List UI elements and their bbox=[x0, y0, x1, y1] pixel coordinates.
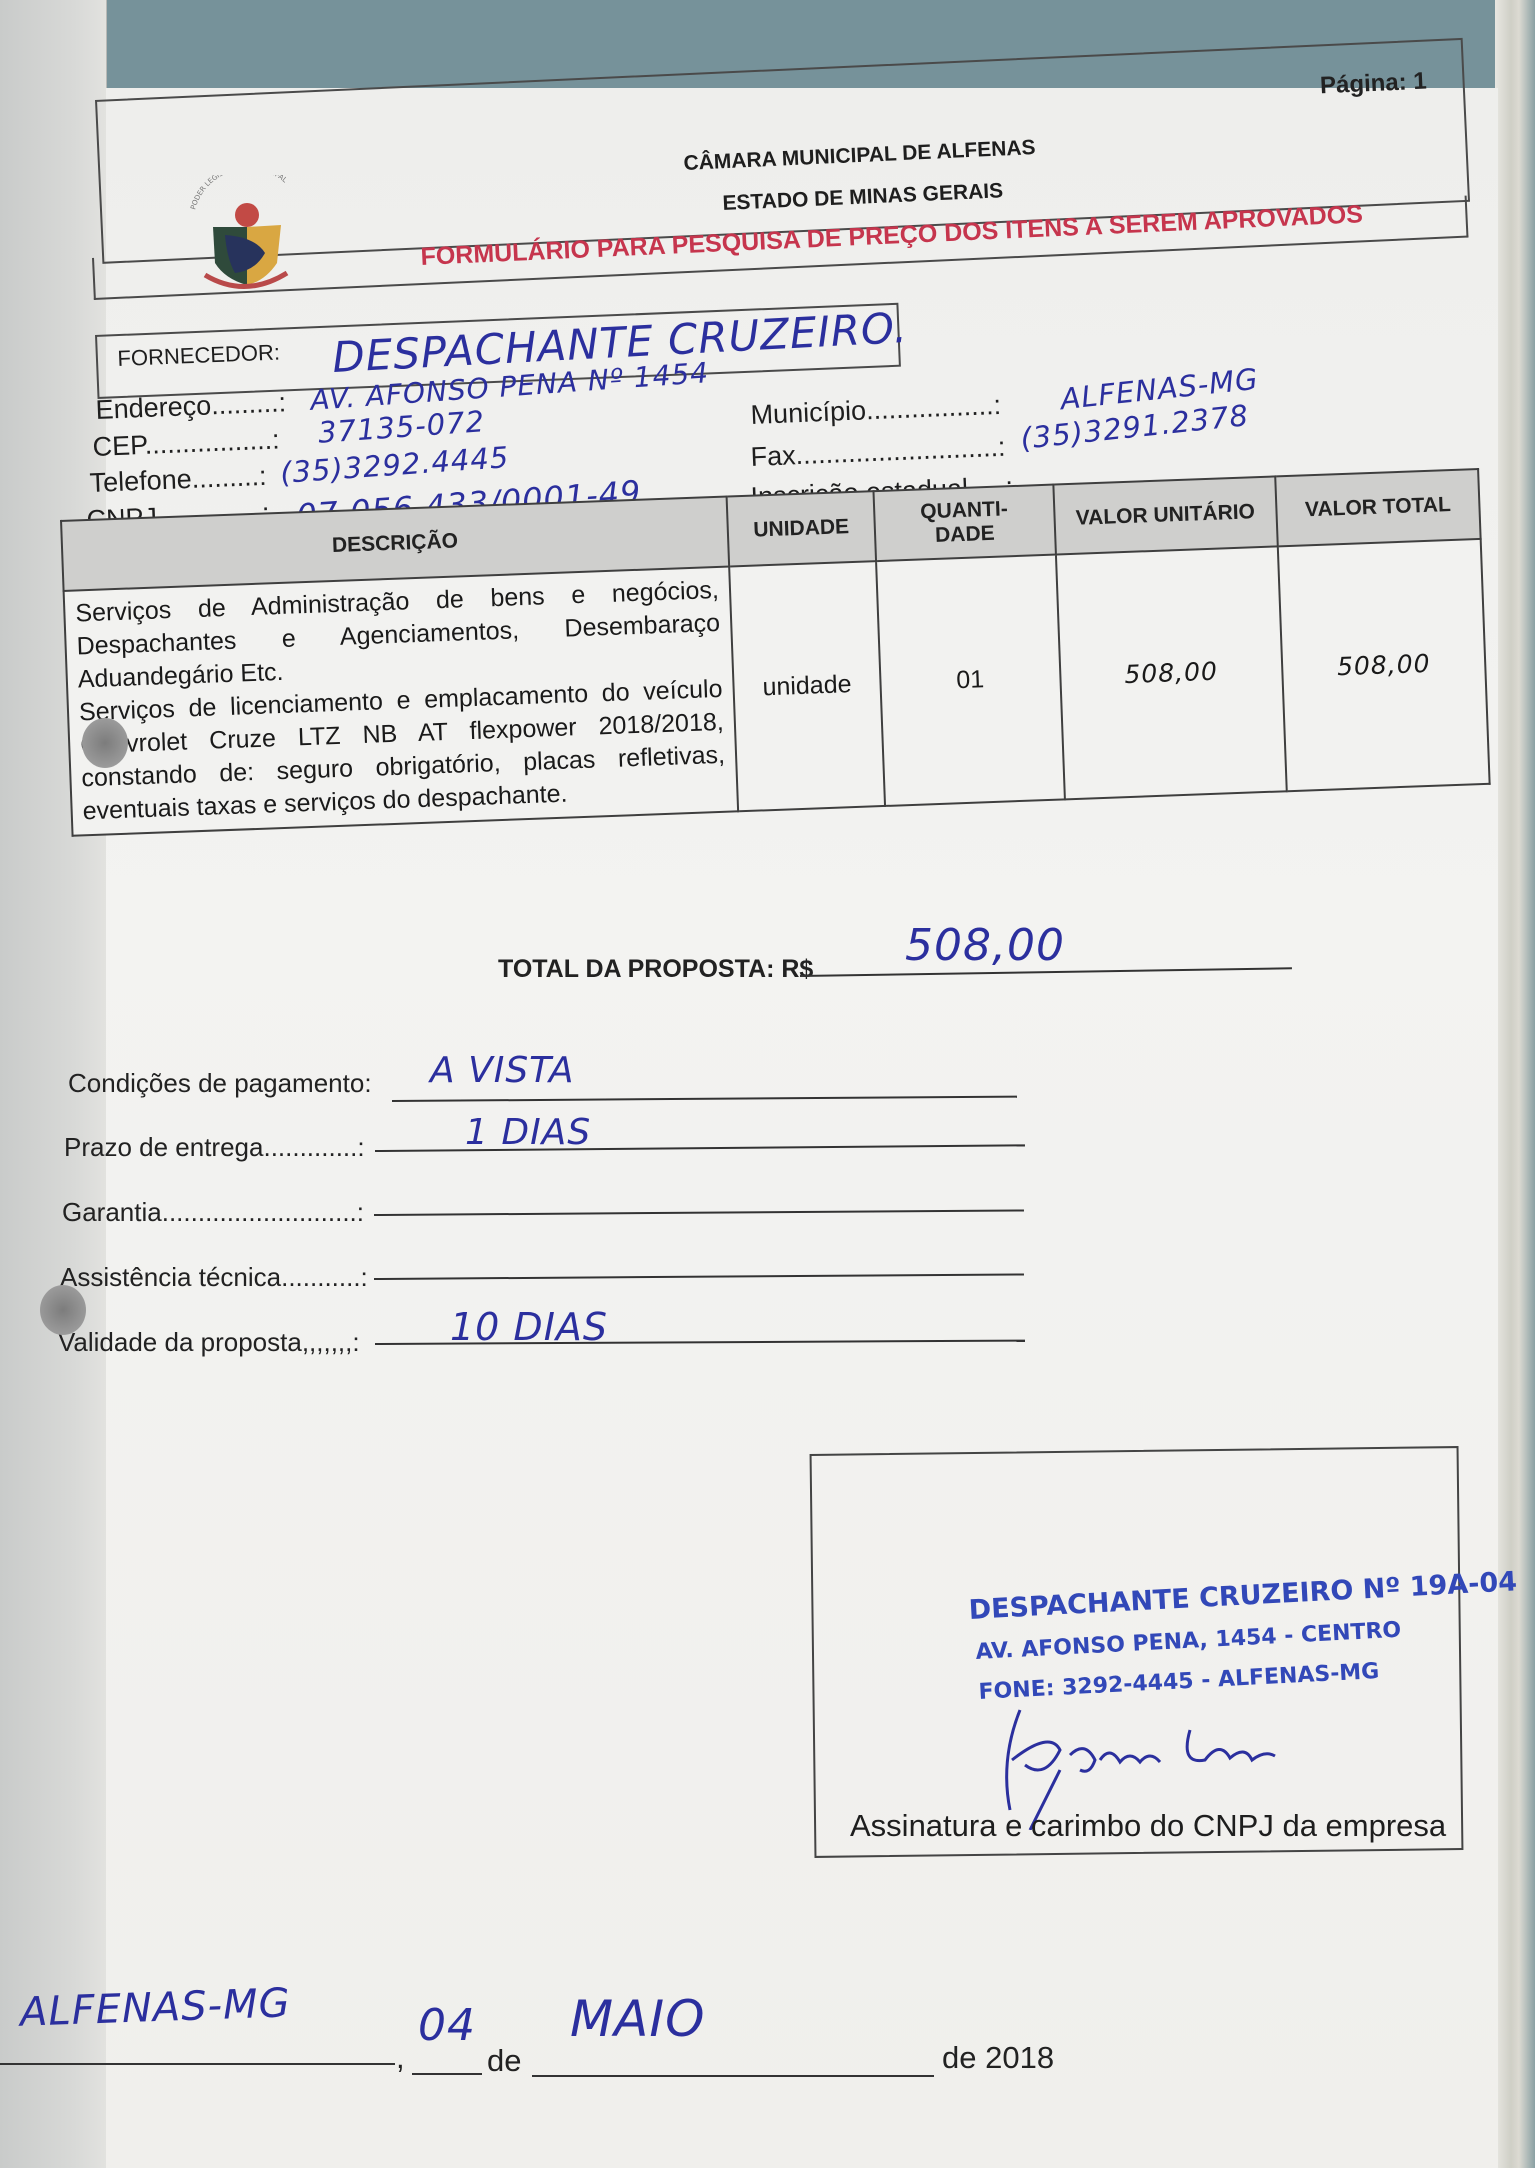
item-description-line-2: Serviços de licenciamento e emplacamento… bbox=[78, 673, 726, 829]
comma-separator: , bbox=[396, 2040, 405, 2076]
col-unit-price: VALOR UNITÁRIO bbox=[1053, 476, 1278, 554]
item-unit-price[interactable]: 508,00 bbox=[1055, 546, 1286, 799]
col-total-price: VALOR TOTAL bbox=[1275, 469, 1480, 546]
payment-terms-value[interactable]: A VISTA bbox=[430, 1050, 574, 1091]
day-value[interactable]: 04 bbox=[418, 2000, 476, 2051]
de-label-1: de bbox=[487, 2043, 521, 2079]
item-description: Serviços de Administração de bens e negó… bbox=[64, 567, 738, 836]
col-quantity: QUANTI- DADE bbox=[874, 485, 1056, 562]
item-total-price[interactable]: 508,00 bbox=[1278, 539, 1490, 791]
item-quantity: 01 bbox=[876, 555, 1064, 806]
proposal-total-label: TOTAL DA PROPOSTA: R$ bbox=[498, 955, 813, 984]
punch-hole bbox=[82, 718, 128, 768]
proposal-validity-value[interactable]: 10 DIAS bbox=[450, 1305, 608, 1349]
page-number: Página: 1 bbox=[1319, 68, 1427, 101]
payment-terms-label: Condições de pagamento: bbox=[68, 1068, 372, 1099]
proposal-total-value[interactable]: 508,00 bbox=[905, 920, 1065, 971]
items-table: DESCRIÇÃO UNIDADE QUANTI- DADE VALOR UNI… bbox=[60, 468, 1504, 920]
warranty-label: Garantia...........................: bbox=[62, 1197, 364, 1228]
city-line bbox=[0, 2063, 395, 2065]
year-label: de 2018 bbox=[942, 2040, 1054, 2076]
month-value[interactable]: MAIO bbox=[570, 1990, 705, 2048]
svg-text:PODER LEGISLATIVO MUNICIPAL: PODER LEGISLATIVO MUNICIPAL bbox=[189, 175, 288, 211]
delivery-term-label: Prazo de entrega.............: bbox=[64, 1132, 365, 1163]
city-value[interactable]: ALFENAS-MG bbox=[19, 1980, 291, 2035]
signature-caption: Assinatura e carimbo do CNPJ da empresa bbox=[850, 1808, 1446, 1844]
day-line bbox=[412, 2073, 482, 2075]
item-unit: unidade bbox=[729, 561, 885, 811]
table-row: Serviços de Administração de bens e negó… bbox=[64, 539, 1490, 836]
proposal-validity-label: Validade da proposta,,,,,,,: bbox=[58, 1327, 360, 1358]
delivery-term-value[interactable]: 1 DIAS bbox=[465, 1112, 591, 1153]
stacked-sheets-edge bbox=[1495, 0, 1535, 2168]
technical-assistance-label: Assistência técnica...........: bbox=[60, 1262, 368, 1293]
punch-hole bbox=[40, 1285, 86, 1335]
col-unit: UNIDADE bbox=[726, 491, 876, 566]
month-line bbox=[532, 2075, 934, 2077]
